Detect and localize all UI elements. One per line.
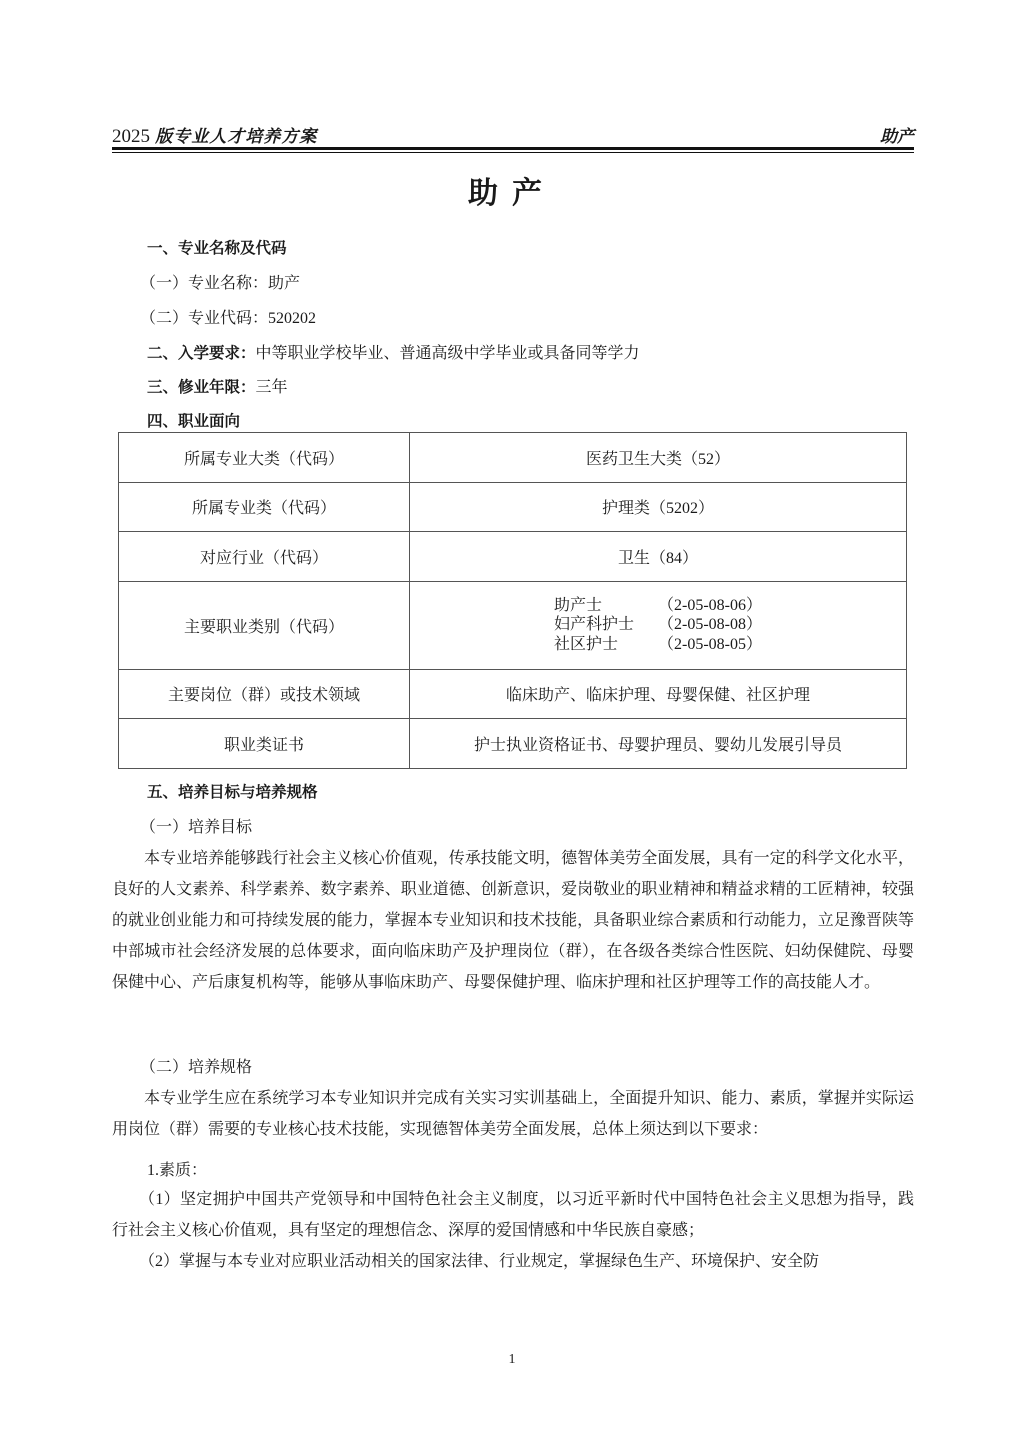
table-row: 主要岗位（群）或技术领域 临床助产、临床护理、母婴保健、社区护理 xyxy=(119,669,907,719)
training-spec-heading: （二）培养规格 xyxy=(140,1054,252,1077)
occupation-code: （2-05-08-08） xyxy=(658,616,762,633)
occupation-name: 社区护士 xyxy=(554,635,658,655)
section-5-heading: 五、培养目标与培养规格 xyxy=(147,780,318,802)
page-number: 1 xyxy=(0,1352,1024,1368)
table-key: 主要岗位（群）或技术领域 xyxy=(119,669,410,719)
section-3-label: 三、修业年限： xyxy=(147,378,256,396)
training-spec-paragraph: 本专业学生应在系统学习本专业知识并完成有关实习实训基础上，全面提升知识、能力、素… xyxy=(112,1083,914,1145)
header-doc-title: 版专业人才培养方案 xyxy=(150,127,317,146)
occupation-item: 社区护士（2-05-08-05） xyxy=(554,635,762,655)
table-value: 助产士（2-05-08-06） 妇产科护士（2-05-08-08） 社区护士（2… xyxy=(410,581,907,669)
header-year: 2025 xyxy=(112,126,150,147)
quality-item-2: （2）掌握与本专业对应职业活动相关的国家法律、行业规定，掌握绿色生产、环境保护、… xyxy=(112,1246,914,1277)
table-row: 所属专业类（代码） 护理类（5202） xyxy=(119,482,907,532)
table-row: 所属专业大类（代码） 医药卫生大类（52） xyxy=(119,433,907,483)
training-goal-heading: （一）培养目标 xyxy=(140,814,252,837)
table-value: 护理类（5202） xyxy=(410,482,907,532)
occupation-item: 助产士（2-05-08-06） xyxy=(554,596,762,616)
header-rule-thick xyxy=(112,147,914,150)
table-key: 所属专业大类（代码） xyxy=(119,433,410,483)
occupation-code: （2-05-08-06） xyxy=(658,597,762,614)
table-row: 对应行业（代码） 卫生（84） xyxy=(119,532,907,582)
major-code: （二）专业代码：520202 xyxy=(140,305,316,328)
section-4-heading: 四、职业面向 xyxy=(147,409,240,431)
header-rule-thin xyxy=(112,152,914,153)
occupation-name: 助产士 xyxy=(554,596,658,616)
training-goal-paragraph: 本专业培养能够践行社会主义核心价值观，传承技能文明，德智体美劳全面发展，具有一定… xyxy=(112,843,914,998)
table-value: 临床助产、临床护理、母婴保健、社区护理 xyxy=(410,669,907,719)
table-value: 卫生（84） xyxy=(410,532,907,582)
table-key: 所属专业类（代码） xyxy=(119,482,410,532)
table-row: 职业类证书 护士执业资格证书、母婴护理员、婴幼儿发展引导员 xyxy=(119,719,907,769)
page-title: 助产 xyxy=(0,168,1024,212)
header-major: 助产 xyxy=(880,122,914,147)
career-orientation-table: 所属专业大类（代码） 医药卫生大类（52） 所属专业类（代码） 护理类（5202… xyxy=(118,432,907,769)
major-name: （一）专业名称：助产 xyxy=(140,270,300,293)
table-key: 职业类证书 xyxy=(119,719,410,769)
quality-item-1: （1）坚定拥护中国共产党领导和中国特色社会主义制度，以习近平新时代中国特色社会主… xyxy=(112,1184,914,1246)
table-key: 主要职业类别（代码） xyxy=(119,581,410,669)
section-2-label: 二、入学要求： xyxy=(147,344,256,362)
section-1-heading: 一、专业名称及代码 xyxy=(147,236,287,258)
occupation-code: （2-05-08-05） xyxy=(658,636,762,653)
table-value: 医药卫生大类（52） xyxy=(410,433,907,483)
running-header: 2025 版专业人才培养方案 助产 xyxy=(112,122,914,146)
header-left: 2025 版专业人才培养方案 xyxy=(112,122,317,148)
section-3-heading: 三、修业年限：三年 xyxy=(147,374,288,397)
document-page: 2025 版专业人才培养方案 助产 助产 一、专业名称及代码 （一）专业名称：助… xyxy=(0,0,1024,1448)
table-value: 护士执业资格证书、母婴护理员、婴幼儿发展引导员 xyxy=(410,719,907,769)
study-duration: 三年 xyxy=(256,379,288,396)
admission-requirement: 中等职业学校毕业、普通高级中学毕业或具备同等学力 xyxy=(256,345,640,362)
occupation-item: 妇产科护士（2-05-08-08） xyxy=(554,615,762,635)
table-key: 对应行业（代码） xyxy=(119,532,410,582)
occupation-list: 助产士（2-05-08-06） 妇产科护士（2-05-08-08） 社区护士（2… xyxy=(554,596,762,655)
quality-heading: 1.素质： xyxy=(147,1157,207,1180)
occupation-name: 妇产科护士 xyxy=(554,615,658,635)
section-2-heading: 二、入学要求：中等职业学校毕业、普通高级中学毕业或具备同等学力 xyxy=(147,340,640,363)
table-row: 主要职业类别（代码） 助产士（2-05-08-06） 妇产科护士（2-05-08… xyxy=(119,581,907,669)
